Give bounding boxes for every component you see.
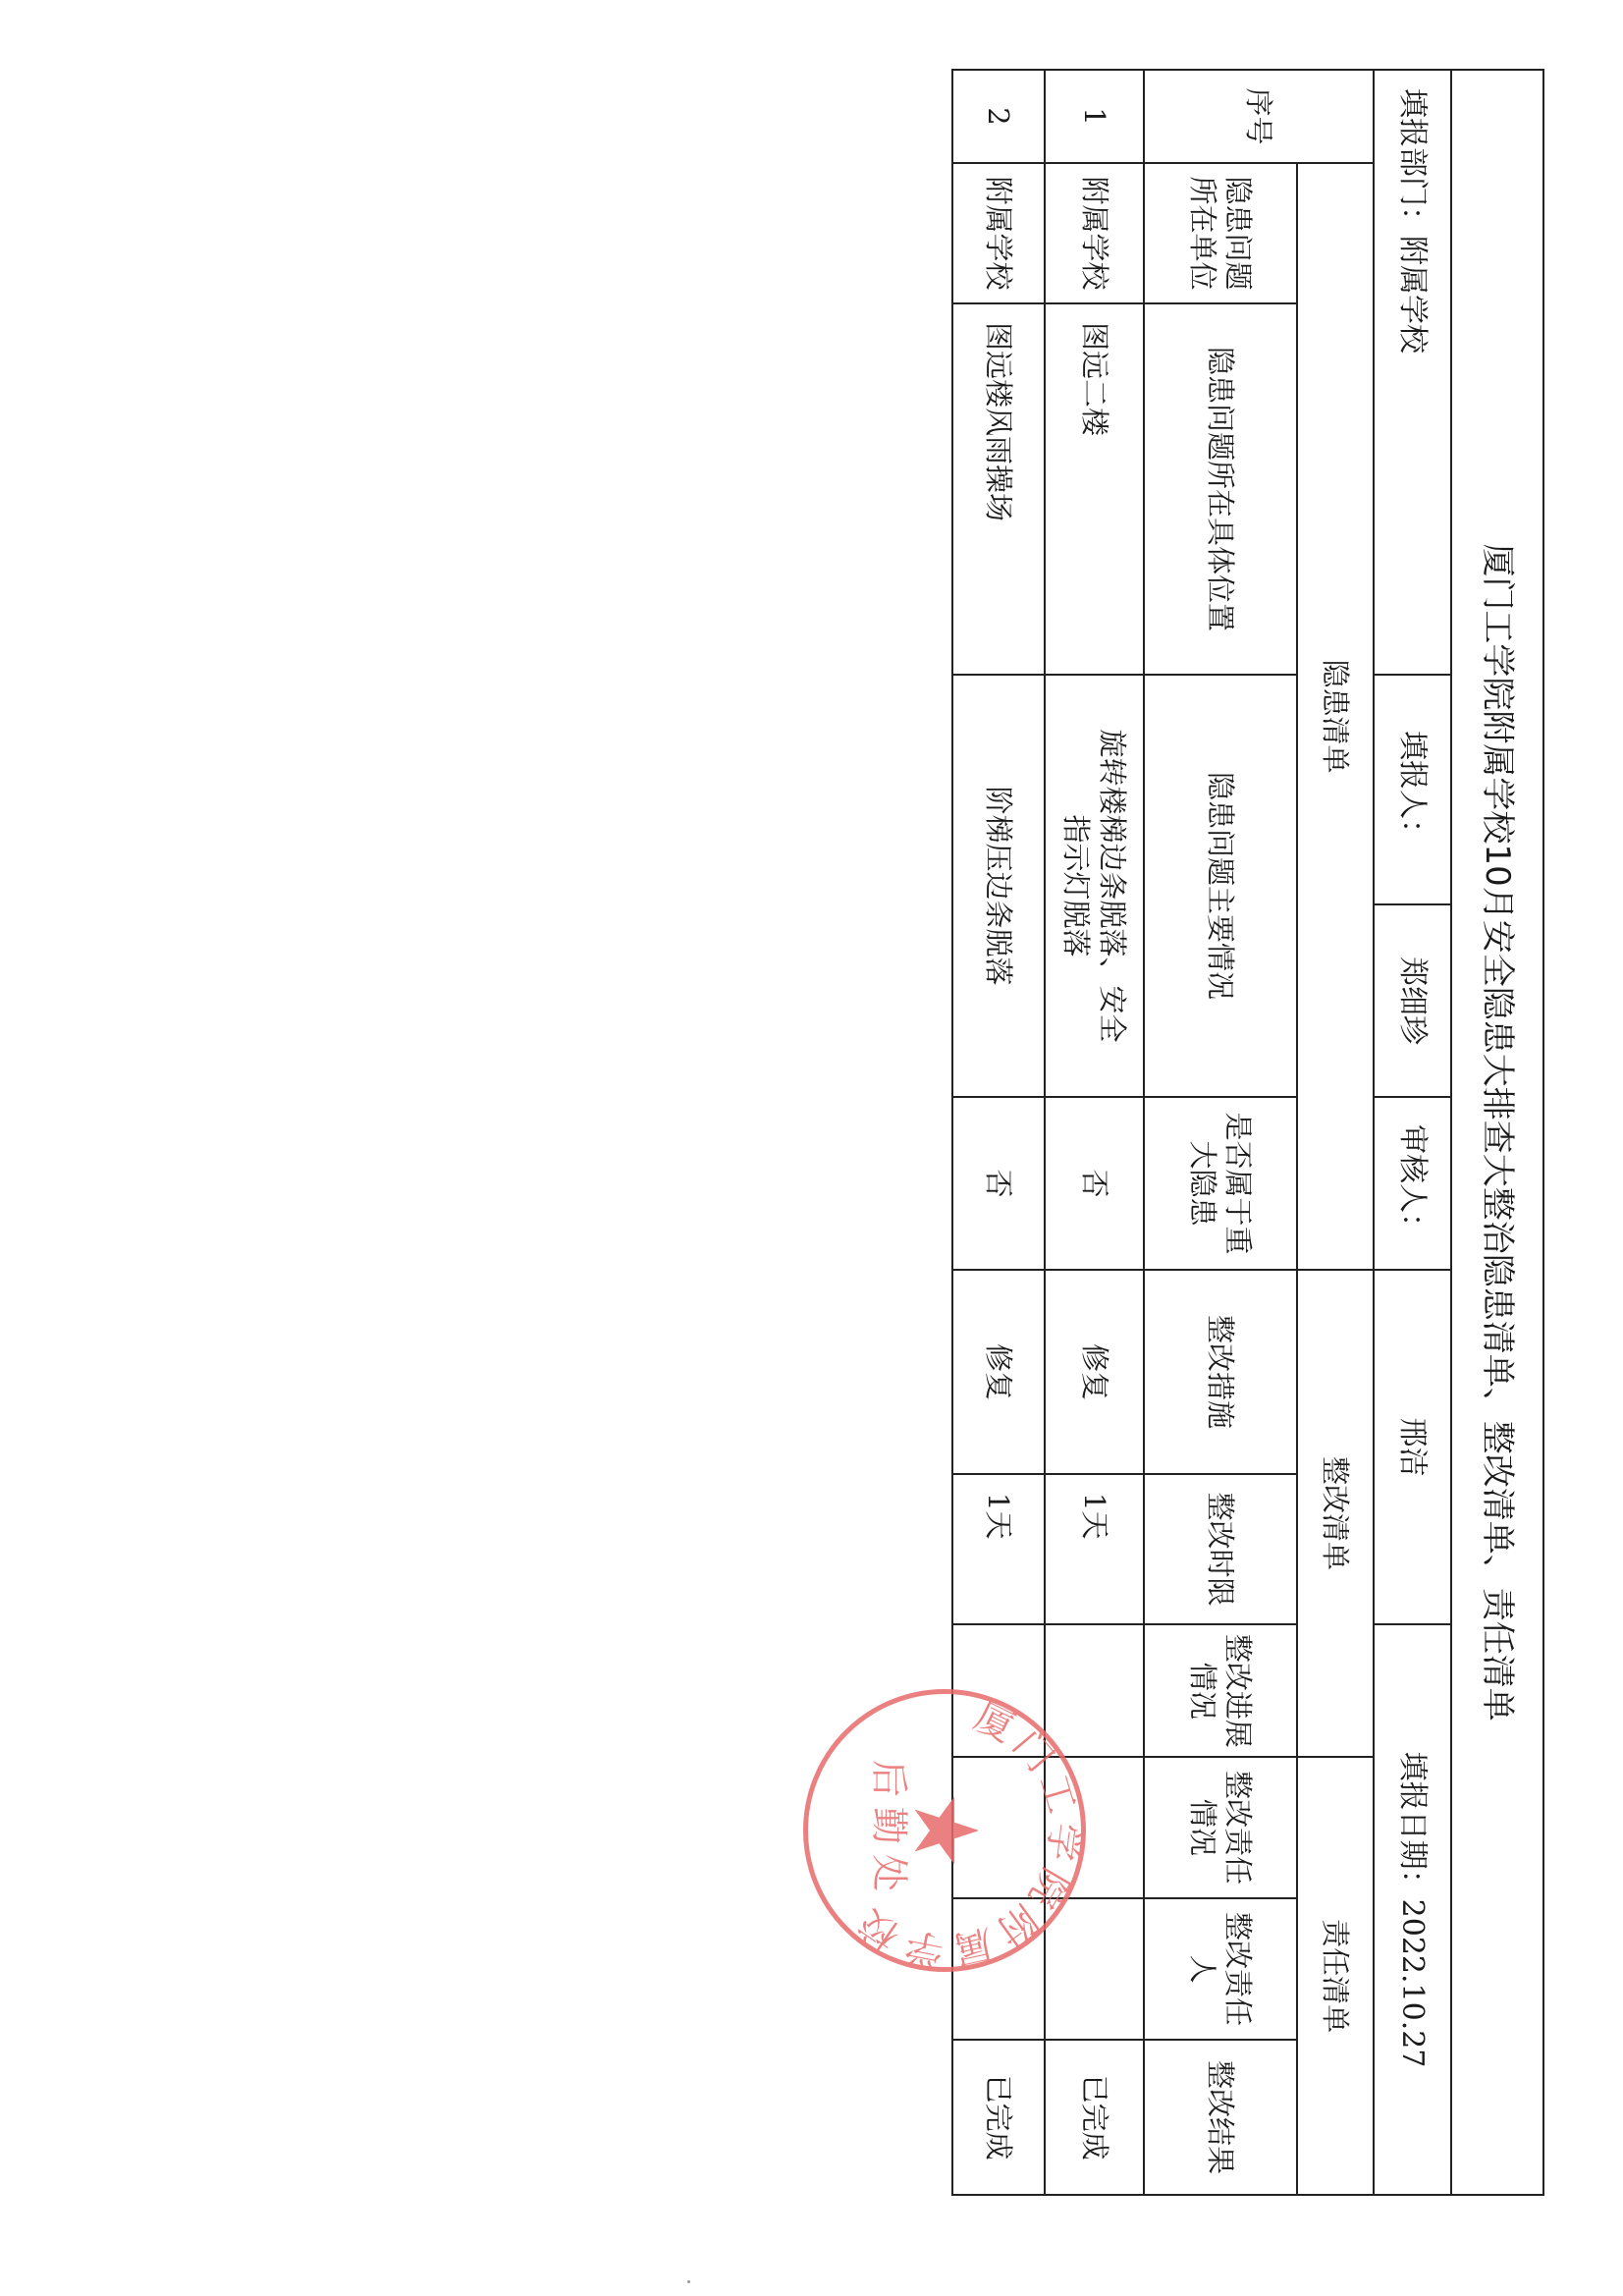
cell-location: 图远二楼 (1045, 303, 1144, 675)
reviewer-name: 邢洁 (1374, 1270, 1451, 1624)
col-responsibility: 整改责任情况 (1144, 1757, 1297, 1898)
cell-result: 已完成 (1045, 2040, 1144, 2195)
cell-serial: 1 (1045, 70, 1144, 163)
scan-speck (687, 2280, 690, 2283)
col-unit: 隐患问题所在单位 (1144, 163, 1297, 303)
reporter-label: 填报人： (1374, 675, 1451, 904)
group-hazard-list: 隐患清单 (1297, 163, 1374, 1270)
col-measure: 整改措施 (1144, 1270, 1297, 1474)
cell-result: 已完成 (952, 2040, 1045, 2195)
cell-unit: 附属学校 (1045, 163, 1144, 303)
col-progress: 整改进展情况 (1144, 1624, 1297, 1757)
col-major: 是否属于重大隐患 (1144, 1097, 1297, 1270)
cell-major: 否 (1045, 1097, 1144, 1270)
group-responsibility-list: 责任清单 (1297, 1757, 1374, 2195)
cell-deadline: 1天 (1045, 1474, 1144, 1624)
cell-location: 图远楼风雨操场 (952, 303, 1045, 675)
report-date: 填报日期：2022.10.27 (1374, 1624, 1451, 2195)
col-situation: 隐患问题主要情况 (1144, 675, 1297, 1097)
cell-situation: 旋转楼梯边条脱落、安全指示灯脱落 (1045, 675, 1144, 1097)
cell-major: 否 (952, 1097, 1045, 1270)
cell-deadline: 1天 (952, 1474, 1045, 1624)
cell-measure: 修复 (1045, 1270, 1144, 1474)
seal-subtext: 后勤处 (866, 1760, 920, 1901)
official-seal: 厦门工学院附属学校 ★ 后勤处 (803, 1689, 1086, 1972)
department-field: 填报部门：附属学校 (1374, 70, 1451, 675)
col-result: 整改结果 (1144, 2040, 1297, 2195)
cell-situation: 阶梯压边条脱落 (952, 675, 1045, 1097)
group-rectification-list: 整改清单 (1297, 1270, 1374, 1757)
cell-measure: 修复 (952, 1270, 1045, 1474)
cell-unit: 附属学校 (952, 163, 1045, 303)
col-person: 整改责任人 (1144, 1898, 1297, 2040)
reviewer-label: 审核人： (1374, 1097, 1451, 1270)
serial-header: 序号 (1144, 70, 1374, 163)
reporter-name: 郑细珍 (1374, 904, 1451, 1097)
col-deadline: 整改时限 (1144, 1474, 1297, 1624)
cell-serial: 2 (952, 70, 1045, 163)
document-title: 厦门工学院附属学校10月安全隐患大排查大整治隐患清单、整改清单、责任清单 (1451, 70, 1543, 2195)
col-location: 隐患问题所在具体位置 (1144, 303, 1297, 675)
